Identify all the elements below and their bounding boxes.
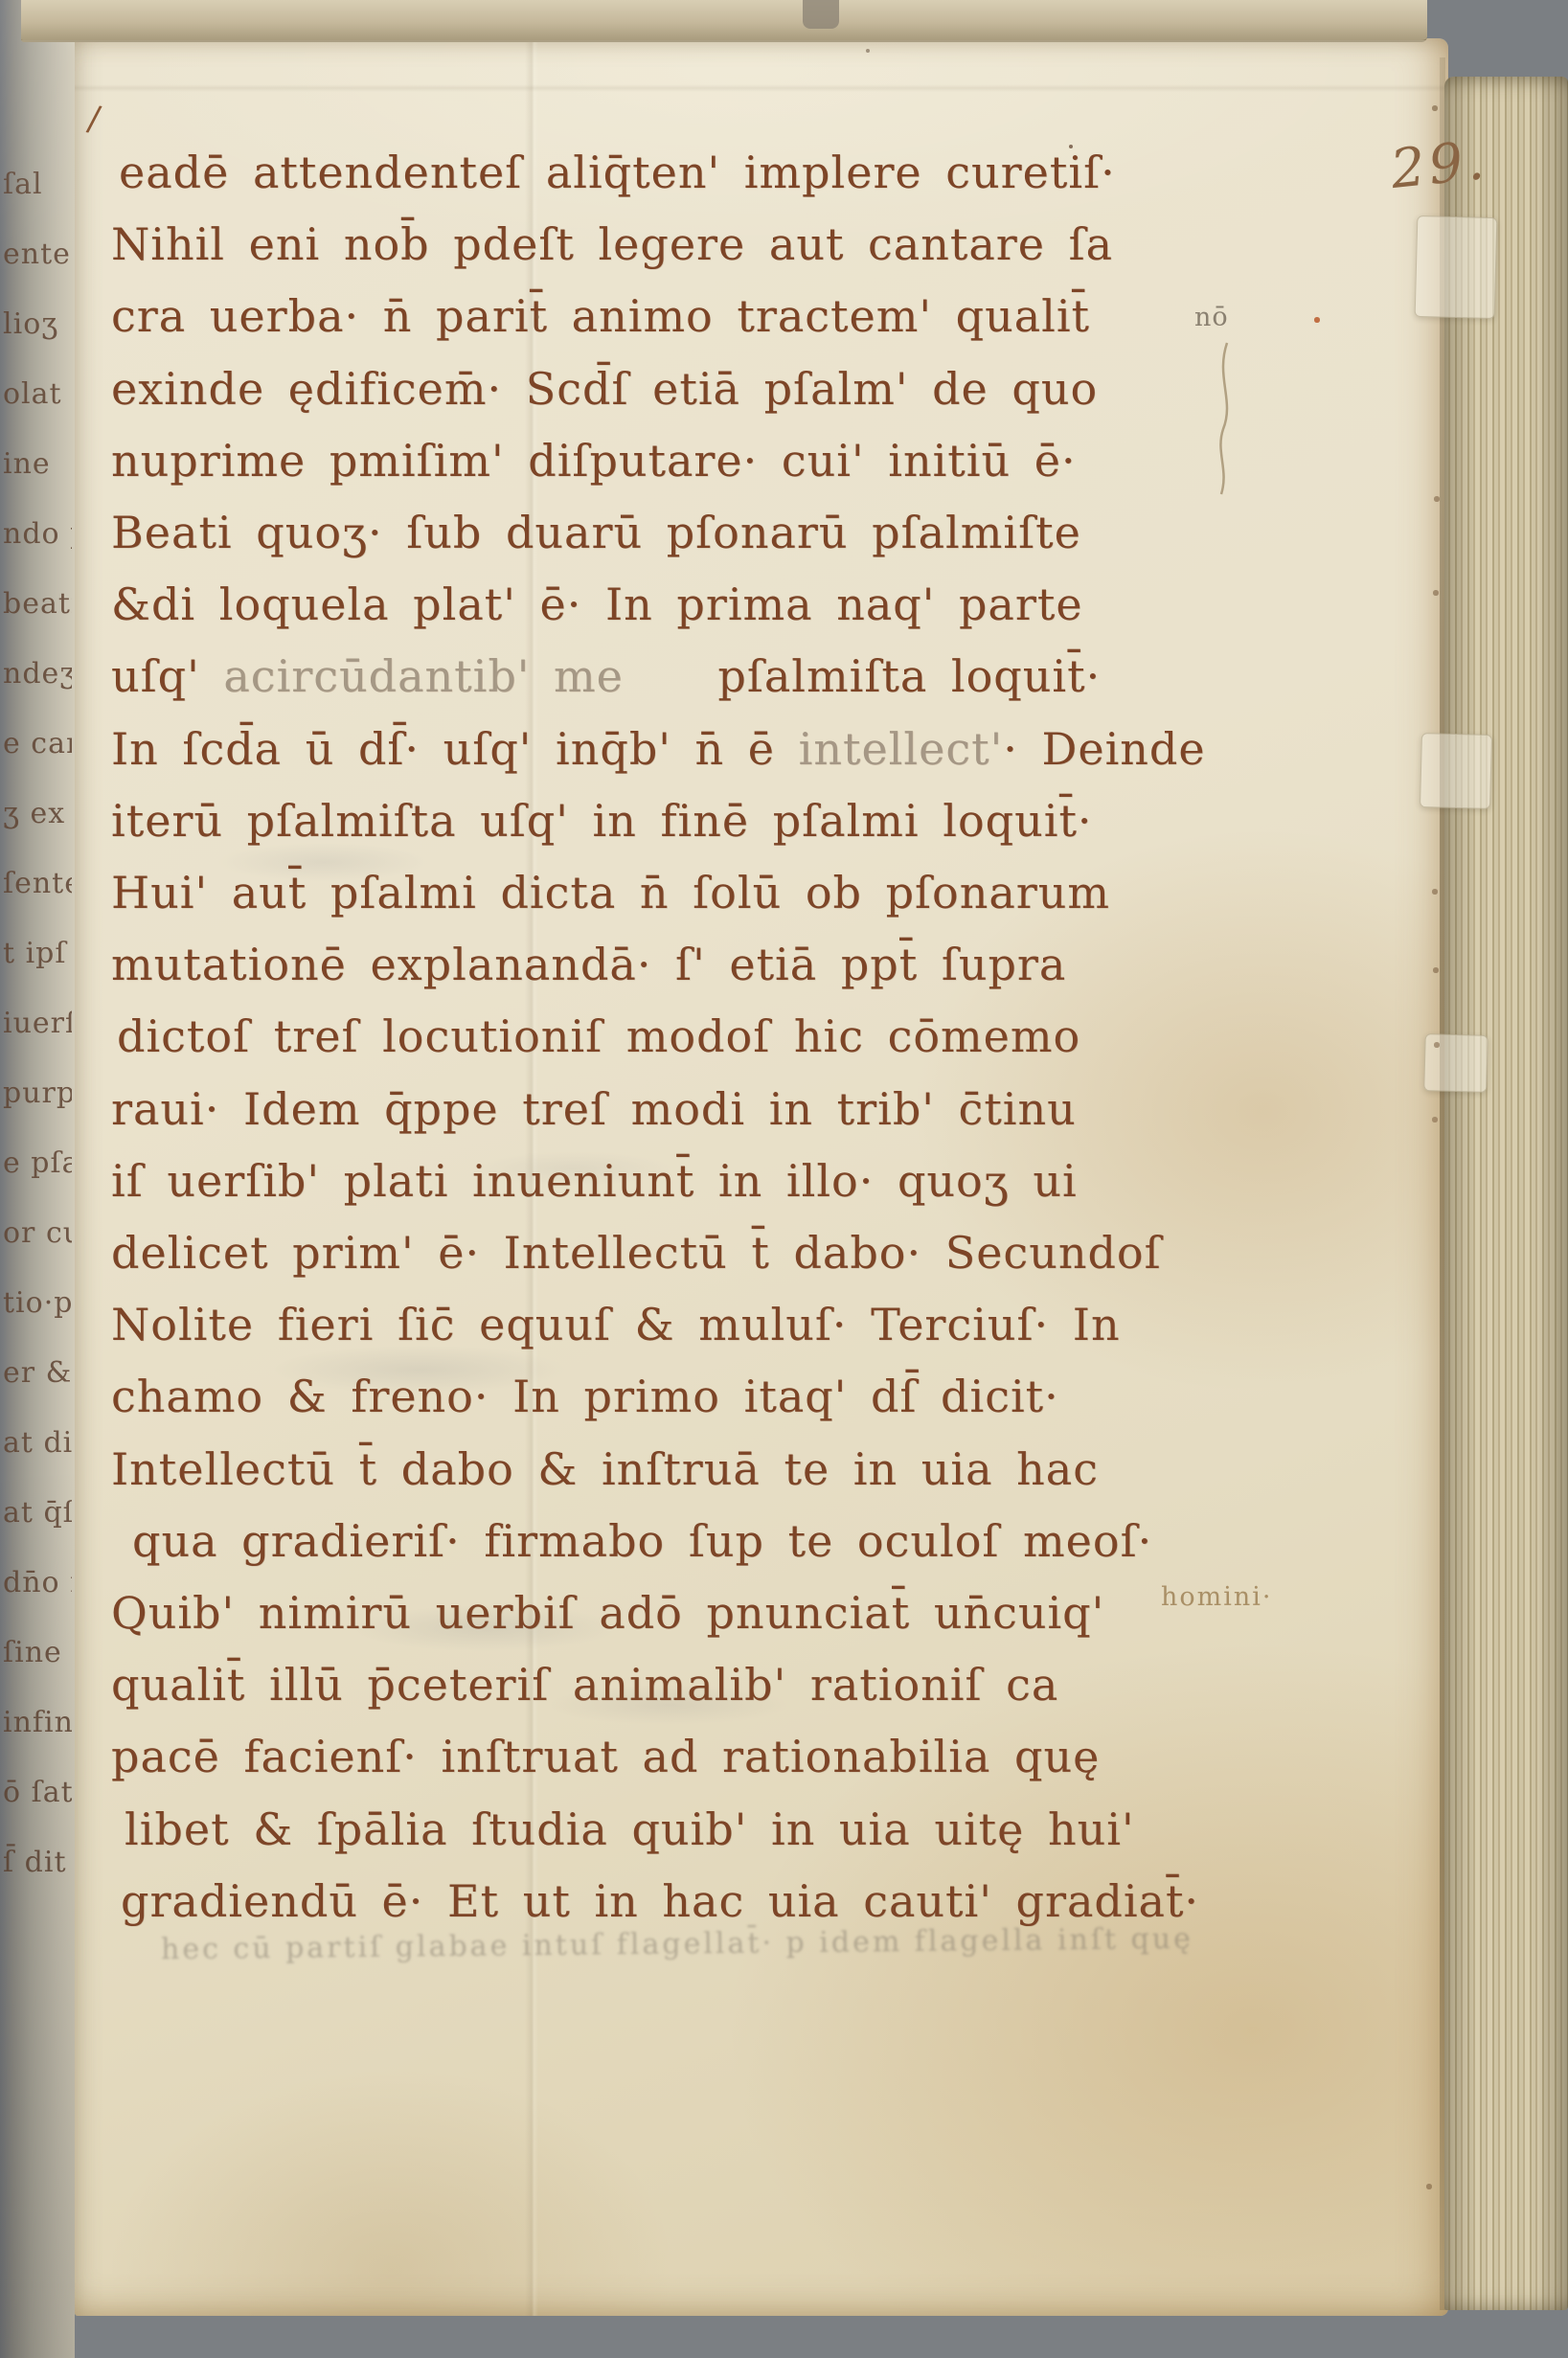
gutter-fragment: ente: [3, 226, 72, 283]
text-line: iterū pſalmiſta uſq' in finē pſalmi loqu…: [111, 792, 1093, 850]
gutter-page-edge: ſalentelioʒolatinendo pbeatindeʒee cantʒ…: [0, 0, 75, 2358]
text-line: libet & ſpālia ſtudia quib' in uia uitę …: [125, 1801, 1135, 1858]
gutter-fragment: ſal: [3, 156, 72, 214]
text-segment: exinde ędificem̄· Scd̄ſ etiā pſalm' de q…: [111, 363, 1098, 415]
text-segment: gradiendū ē· Et ut in hac uia cauti' gra…: [121, 1875, 1199, 1927]
text-line: Nolite fieri ſic̄ equuſ & muluſ· Terciuſ…: [111, 1296, 1121, 1353]
text-line: In ſcd̄a ū dſ̄· uſq' inq̄b' n̄ ē intelle…: [111, 720, 1206, 778]
text-line: chamo & freno· In primo itaq' dſ̄ dicit·: [111, 1368, 1059, 1425]
gutter-fragment: e pſal: [3, 1135, 72, 1192]
text-line: iſ uerſib' plati inueniunt̄ in illo· quo…: [111, 1152, 1078, 1210]
text-line: Hui' aut̄ pſalmi dicta n̄ ſolū ob pſonar…: [111, 864, 1110, 921]
text-segment: iterū pſalmiſta uſq' in finē pſalmi loqu…: [111, 795, 1093, 847]
text-line: qua gradieriſ· firmabo ſup te oculoſ meo…: [132, 1512, 1152, 1570]
text-line: mutationē explanandā· ſ' etiā ppt̄ ſupra: [111, 936, 1066, 993]
gutter-fragment: at dic: [3, 1415, 72, 1472]
text-segment: chamo & freno· In primo itaq' dſ̄ dicit·: [111, 1371, 1059, 1422]
text-segment: iſ uerſib' plati inueniunt̄ in illo· quo…: [111, 1155, 1078, 1207]
vellum-tab: [1415, 215, 1498, 319]
gutter-fragment: lioʒ: [3, 296, 72, 353]
margin-note-no: nō: [1194, 303, 1229, 332]
text-segment: Nihil eni nob̄ pdeſt legere aut cantare …: [111, 218, 1113, 270]
gutter-fragment: ʒ ex: [3, 785, 72, 843]
faded-text-segment: intellect': [799, 723, 1004, 775]
text-segment: dictoſ treſ locutioniſ modoſ hic cōmemo: [117, 1010, 1080, 1062]
gutter-fragment: purp: [3, 1065, 72, 1122]
text-segment: qua gradieriſ· firmabo ſup te oculoſ meo…: [132, 1515, 1152, 1567]
text-segment: &di loquela plat' ē· In prima naq' parte: [111, 578, 1083, 630]
gutter-fragment: t ipſ: [3, 925, 72, 983]
binding-top-edge: [21, 0, 1427, 42]
gutter-fragment: ine: [3, 436, 72, 493]
text-line: qualit̄ illū p̄ceteriſ animalib' rationi…: [111, 1656, 1058, 1713]
text-line: Intellectū t̄ dabo & inſtruā te in uia h…: [111, 1440, 1099, 1498]
margin-note-homini: homini·: [1161, 1582, 1273, 1612]
text-segment: uſq': [111, 650, 223, 702]
ink-specks: [0, 0, 2, 2]
gutter-fragment: ndo p: [3, 506, 72, 563]
horizontal-crease: [75, 84, 1448, 92]
text-segment: qualit̄ illū p̄ceteriſ animalib' rationi…: [111, 1659, 1058, 1711]
text-segment: eadē attendenteſ aliq̄ten' implere curet…: [119, 147, 1116, 198]
gutter-fragment: e cant: [3, 715, 72, 773]
gutter-fragment: at q̄ſ: [3, 1485, 72, 1542]
faded-text-segment: acircūdantib' me: [223, 650, 624, 702]
text-line: uſq' acircūdantib' me pſalmiſta loquit̄·: [111, 647, 1101, 705]
text-line: raui· Idem q̄ppe treſ modi in trib' c̄ti…: [111, 1080, 1077, 1138]
squiggle-mark: [1213, 341, 1238, 498]
text-line: Nihil eni nob̄ pdeſt legere aut cantare …: [111, 215, 1113, 273]
gutter-fragment: ndeʒe: [3, 646, 72, 703]
vellum-tab: [1420, 733, 1492, 809]
text-line: Quib' nimirū uerbiſ adō pnunciat̄ un̄cui…: [111, 1584, 1104, 1642]
gutter-fragment: beati: [3, 576, 72, 633]
gutter-fragment: olat: [3, 366, 72, 423]
page-number: 29.: [1388, 129, 1490, 201]
text-segment: · Deinde: [1003, 723, 1205, 775]
text-line: delicet prim' ē· Intellectū t̄ dabo· Sec…: [111, 1224, 1162, 1281]
text-segment: nuprime pmiſim' diſputare· cui' initiū ē…: [111, 435, 1077, 487]
manuscript-photo: ſalentelioʒolatinendo pbeatindeʒee cantʒ…: [0, 0, 1568, 2358]
text-segment: Nolite fieri ſic̄ equuſ & muluſ· Terciuſ…: [111, 1299, 1121, 1350]
text-line: &di loquela plat' ē· In prima naq' parte: [111, 576, 1083, 633]
gutter-fragment: dn̄o r: [3, 1554, 72, 1612]
text-line: gradiendū ē· Et ut in hac uia cauti' gra…: [121, 1872, 1199, 1930]
text-segment: Hui' aut̄ pſalmi dicta n̄ ſolū ob pſonar…: [111, 867, 1110, 918]
text-segment: Intellectū t̄ dabo & inſtruā te in uia h…: [111, 1443, 1099, 1495]
text-line: eadē attendenteſ aliq̄ten' implere curet…: [119, 144, 1116, 201]
gutter-fragment: infinē: [3, 1694, 72, 1752]
text-segment: cra uerba· n̄ parit̄ animo tractem' qual…: [111, 290, 1090, 342]
text-line: nuprime pmiſim' diſputare· cui' initiū ē…: [111, 432, 1077, 489]
text-segment: raui· Idem q̄ppe treſ modi in trib' c̄ti…: [111, 1083, 1077, 1135]
vellum-tab: [1423, 1033, 1488, 1093]
gutter-fragment: ſ̄ dit: [3, 1834, 72, 1892]
text-line: cra uerba· n̄ parit̄ animo tractem' qual…: [111, 287, 1090, 345]
gutter-fragment: tio·pſ: [3, 1275, 72, 1332]
gutter-fragment: or cui: [3, 1205, 72, 1262]
text-segment: mutationē explanandā· ſ' etiā ppt̄ ſupra: [111, 939, 1066, 990]
gutter-fragment: ō ſatiſ: [3, 1764, 72, 1822]
gutter-fragment: er &d: [3, 1345, 72, 1402]
text-line: Beati quoʒ· ſub duarū pſonarū pſalmiſte: [111, 504, 1081, 561]
gutter-fragment: ſente: [3, 855, 72, 913]
text-segment: pſalmiſta loquit̄·: [624, 650, 1101, 702]
text-segment: In ſcd̄a ū dſ̄· uſq' inq̄b' n̄ ē: [111, 723, 799, 775]
text-segment: Quib' nimirū uerbiſ adō pnunciat̄ un̄cui…: [111, 1587, 1104, 1639]
gutter-fragment: ſine m: [3, 1624, 72, 1682]
text-line: dictoſ treſ locutioniſ modoſ hic cōmemo: [117, 1008, 1080, 1065]
text-line: exinde ędificem̄· Scd̄ſ etiā pſalm' de q…: [111, 360, 1098, 418]
gutter-fragment: iuerſa: [3, 995, 72, 1053]
text-line: pacē facienſ· inſtruat ad rationabilia q…: [111, 1728, 1100, 1785]
text-segment: delicet prim' ē· Intellectū t̄ dabo· Sec…: [111, 1227, 1162, 1279]
text-segment: libet & ſpālia ſtudia quib' in uia uitę …: [125, 1803, 1135, 1855]
fore-edge-page-stack: [1444, 77, 1568, 2310]
text-segment: pacē facienſ· inſtruat ad rationabilia q…: [111, 1731, 1100, 1782]
text-segment: Beati quoʒ· ſub duarū pſonarū pſalmiſte: [111, 507, 1081, 558]
binding-notch: [803, 0, 839, 29]
